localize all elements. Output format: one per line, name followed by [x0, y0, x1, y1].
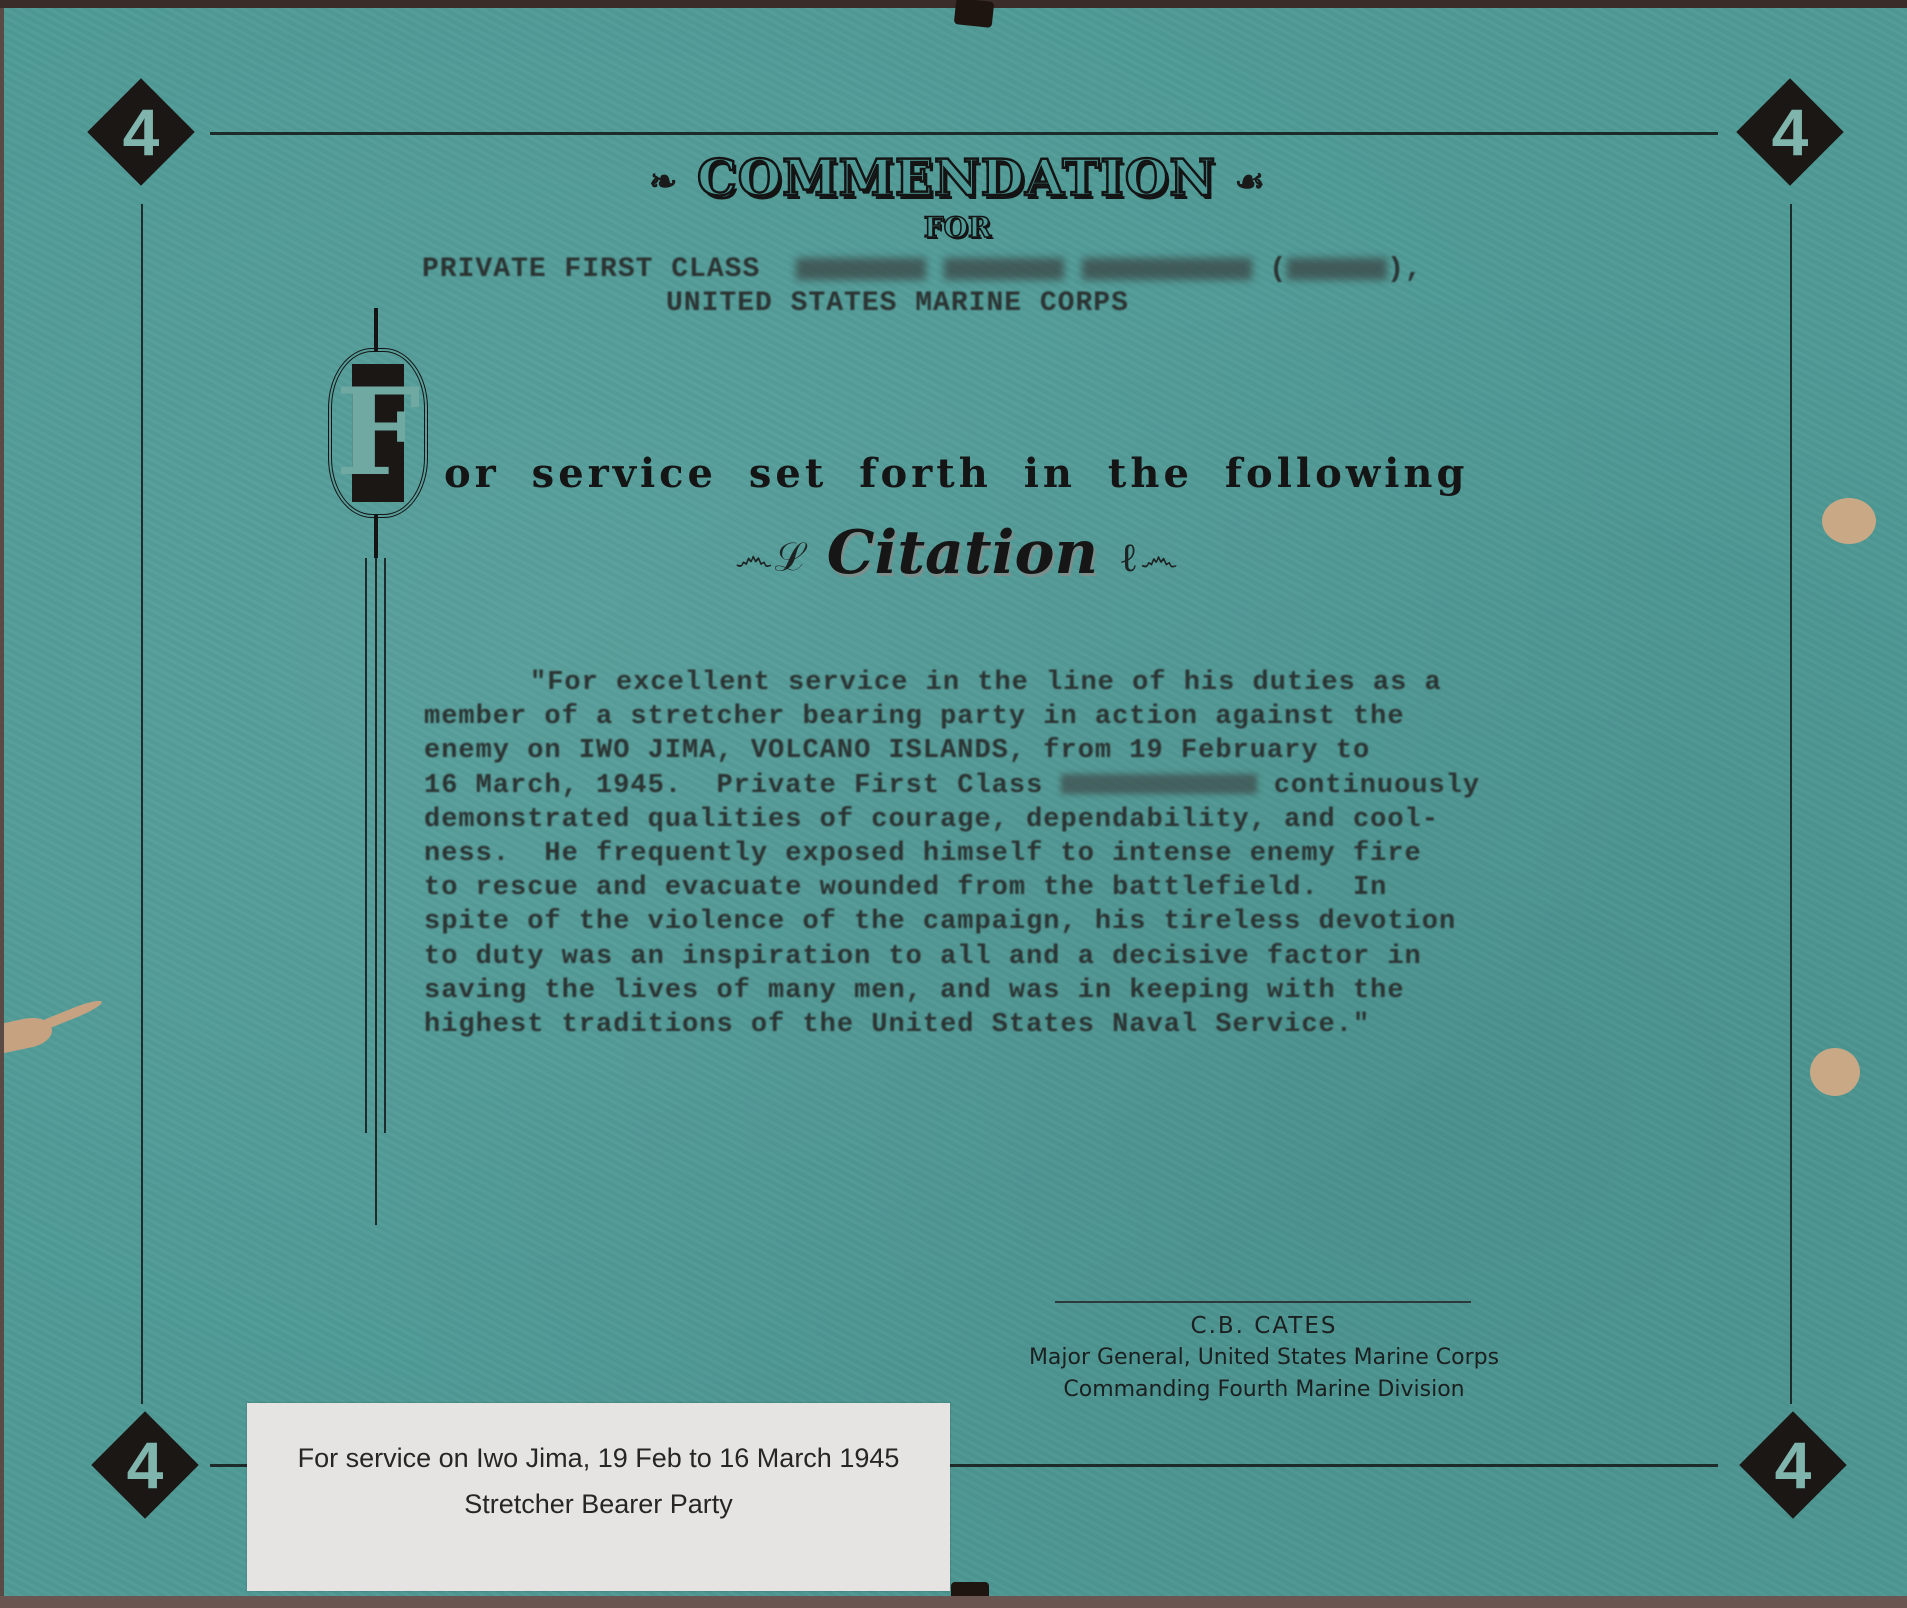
- lead-text: or service set forth in the following: [444, 450, 1468, 497]
- title-text: COMMENDATION: [697, 148, 1216, 207]
- citation-line-part: continuously: [1257, 771, 1481, 801]
- ornament-rule-1: [365, 558, 367, 1133]
- flourish-right-icon: ☙: [1235, 162, 1266, 202]
- frame-top-edge: [0, 0, 1907, 8]
- division-number: 4: [1740, 1412, 1846, 1518]
- citation-line: 16 March, 1945. Private First Class cont…: [424, 769, 1644, 803]
- frame-bottom-edge: [0, 1596, 1907, 1608]
- redacted-name: [1061, 774, 1257, 794]
- signature-block: C.B. CATES Major General, United States …: [944, 1310, 1584, 1406]
- citation-line: saving the lives of many men, and was in…: [424, 974, 1644, 1008]
- swirl-right-icon: ℓ෴: [1119, 535, 1180, 581]
- redacted-name: [944, 258, 1064, 280]
- corner-emblem-bottom-left: 4: [92, 1412, 198, 1518]
- stain-spot: [1822, 498, 1876, 544]
- corner-emblem-bottom-right: 4: [1740, 1412, 1846, 1518]
- drop-cap: F: [352, 364, 404, 502]
- ornament-spike-top: [374, 308, 378, 352]
- stain-spot: [1810, 1048, 1860, 1096]
- citation-heading: ෴ℒ Citation ℓ෴: [4, 518, 1907, 588]
- signature-line: [1055, 1301, 1471, 1303]
- paper-tear: [44, 997, 103, 1029]
- citation-heading-text: Citation: [827, 518, 1098, 588]
- signer-name: C.B. CATES: [944, 1310, 1584, 1342]
- citation-line: highest traditions of the United States …: [424, 1008, 1644, 1042]
- citation-line: spite of the violence of the campaign, h…: [424, 905, 1644, 939]
- recipient-branch: UNITED STATES MARINE CORPS: [666, 288, 1129, 319]
- commendation-certificate: 4 4 4 4 ❧ COMMENDATION ☙ FOR PRIVATE FIR…: [4, 8, 1907, 1596]
- label-card-line1: For service on Iwo Jima, 19 Feb to 16 Ma…: [247, 1443, 950, 1474]
- signer-title: Major General, United States Marine Corp…: [944, 1342, 1584, 1374]
- signer-command: Commanding Fourth Marine Division: [944, 1374, 1584, 1406]
- paren-open: (: [1269, 254, 1287, 285]
- recipient-rank: PRIVATE FIRST CLASS: [422, 254, 760, 285]
- border-left-line: [141, 204, 143, 1404]
- citation-body: "For excellent service in the line of hi…: [424, 666, 1644, 1042]
- citation-line: to duty was an inspiration to all and a …: [424, 940, 1644, 974]
- ornament-rule-2: [375, 558, 377, 1225]
- frame-clip-top: [954, 0, 995, 28]
- page-title: ❧ COMMENDATION ☙: [4, 148, 1907, 207]
- division-number: 4: [92, 1412, 198, 1518]
- ornament-rule-3: [384, 558, 386, 1133]
- label-card: For service on Iwo Jima, 19 Feb to 16 Ma…: [247, 1403, 950, 1591]
- citation-line: to rescue and evacuate wounded from the …: [424, 871, 1644, 905]
- border-top-line: [210, 132, 1718, 135]
- citation-line: member of a stretcher bearing party in a…: [424, 700, 1644, 734]
- border-right-line: [1790, 204, 1792, 1404]
- redacted-name: [796, 258, 926, 280]
- redacted-name: [1082, 258, 1252, 280]
- citation-line: ness. He frequently exposed himself to i…: [424, 837, 1644, 871]
- citation-line: demonstrated qualities of courage, depen…: [424, 803, 1644, 837]
- for-label: FOR: [4, 211, 1907, 244]
- recipient-suffix: ),: [1387, 254, 1423, 285]
- citation-line-part: 16 March, 1945. Private First Class: [424, 771, 1061, 801]
- redacted-service-number: [1287, 258, 1387, 280]
- swirl-left-icon: ෴ℒ: [735, 535, 806, 581]
- label-card-line2: Stretcher Bearer Party: [247, 1489, 950, 1520]
- flourish-left-icon: ❧: [649, 162, 679, 202]
- recipient-line: PRIVATE FIRST CLASS (),: [422, 254, 1423, 285]
- citation-line: "For excellent service in the line of hi…: [424, 666, 1644, 700]
- citation-line: enemy on IWO JIMA, VOLCANO ISLANDS, from…: [424, 734, 1644, 768]
